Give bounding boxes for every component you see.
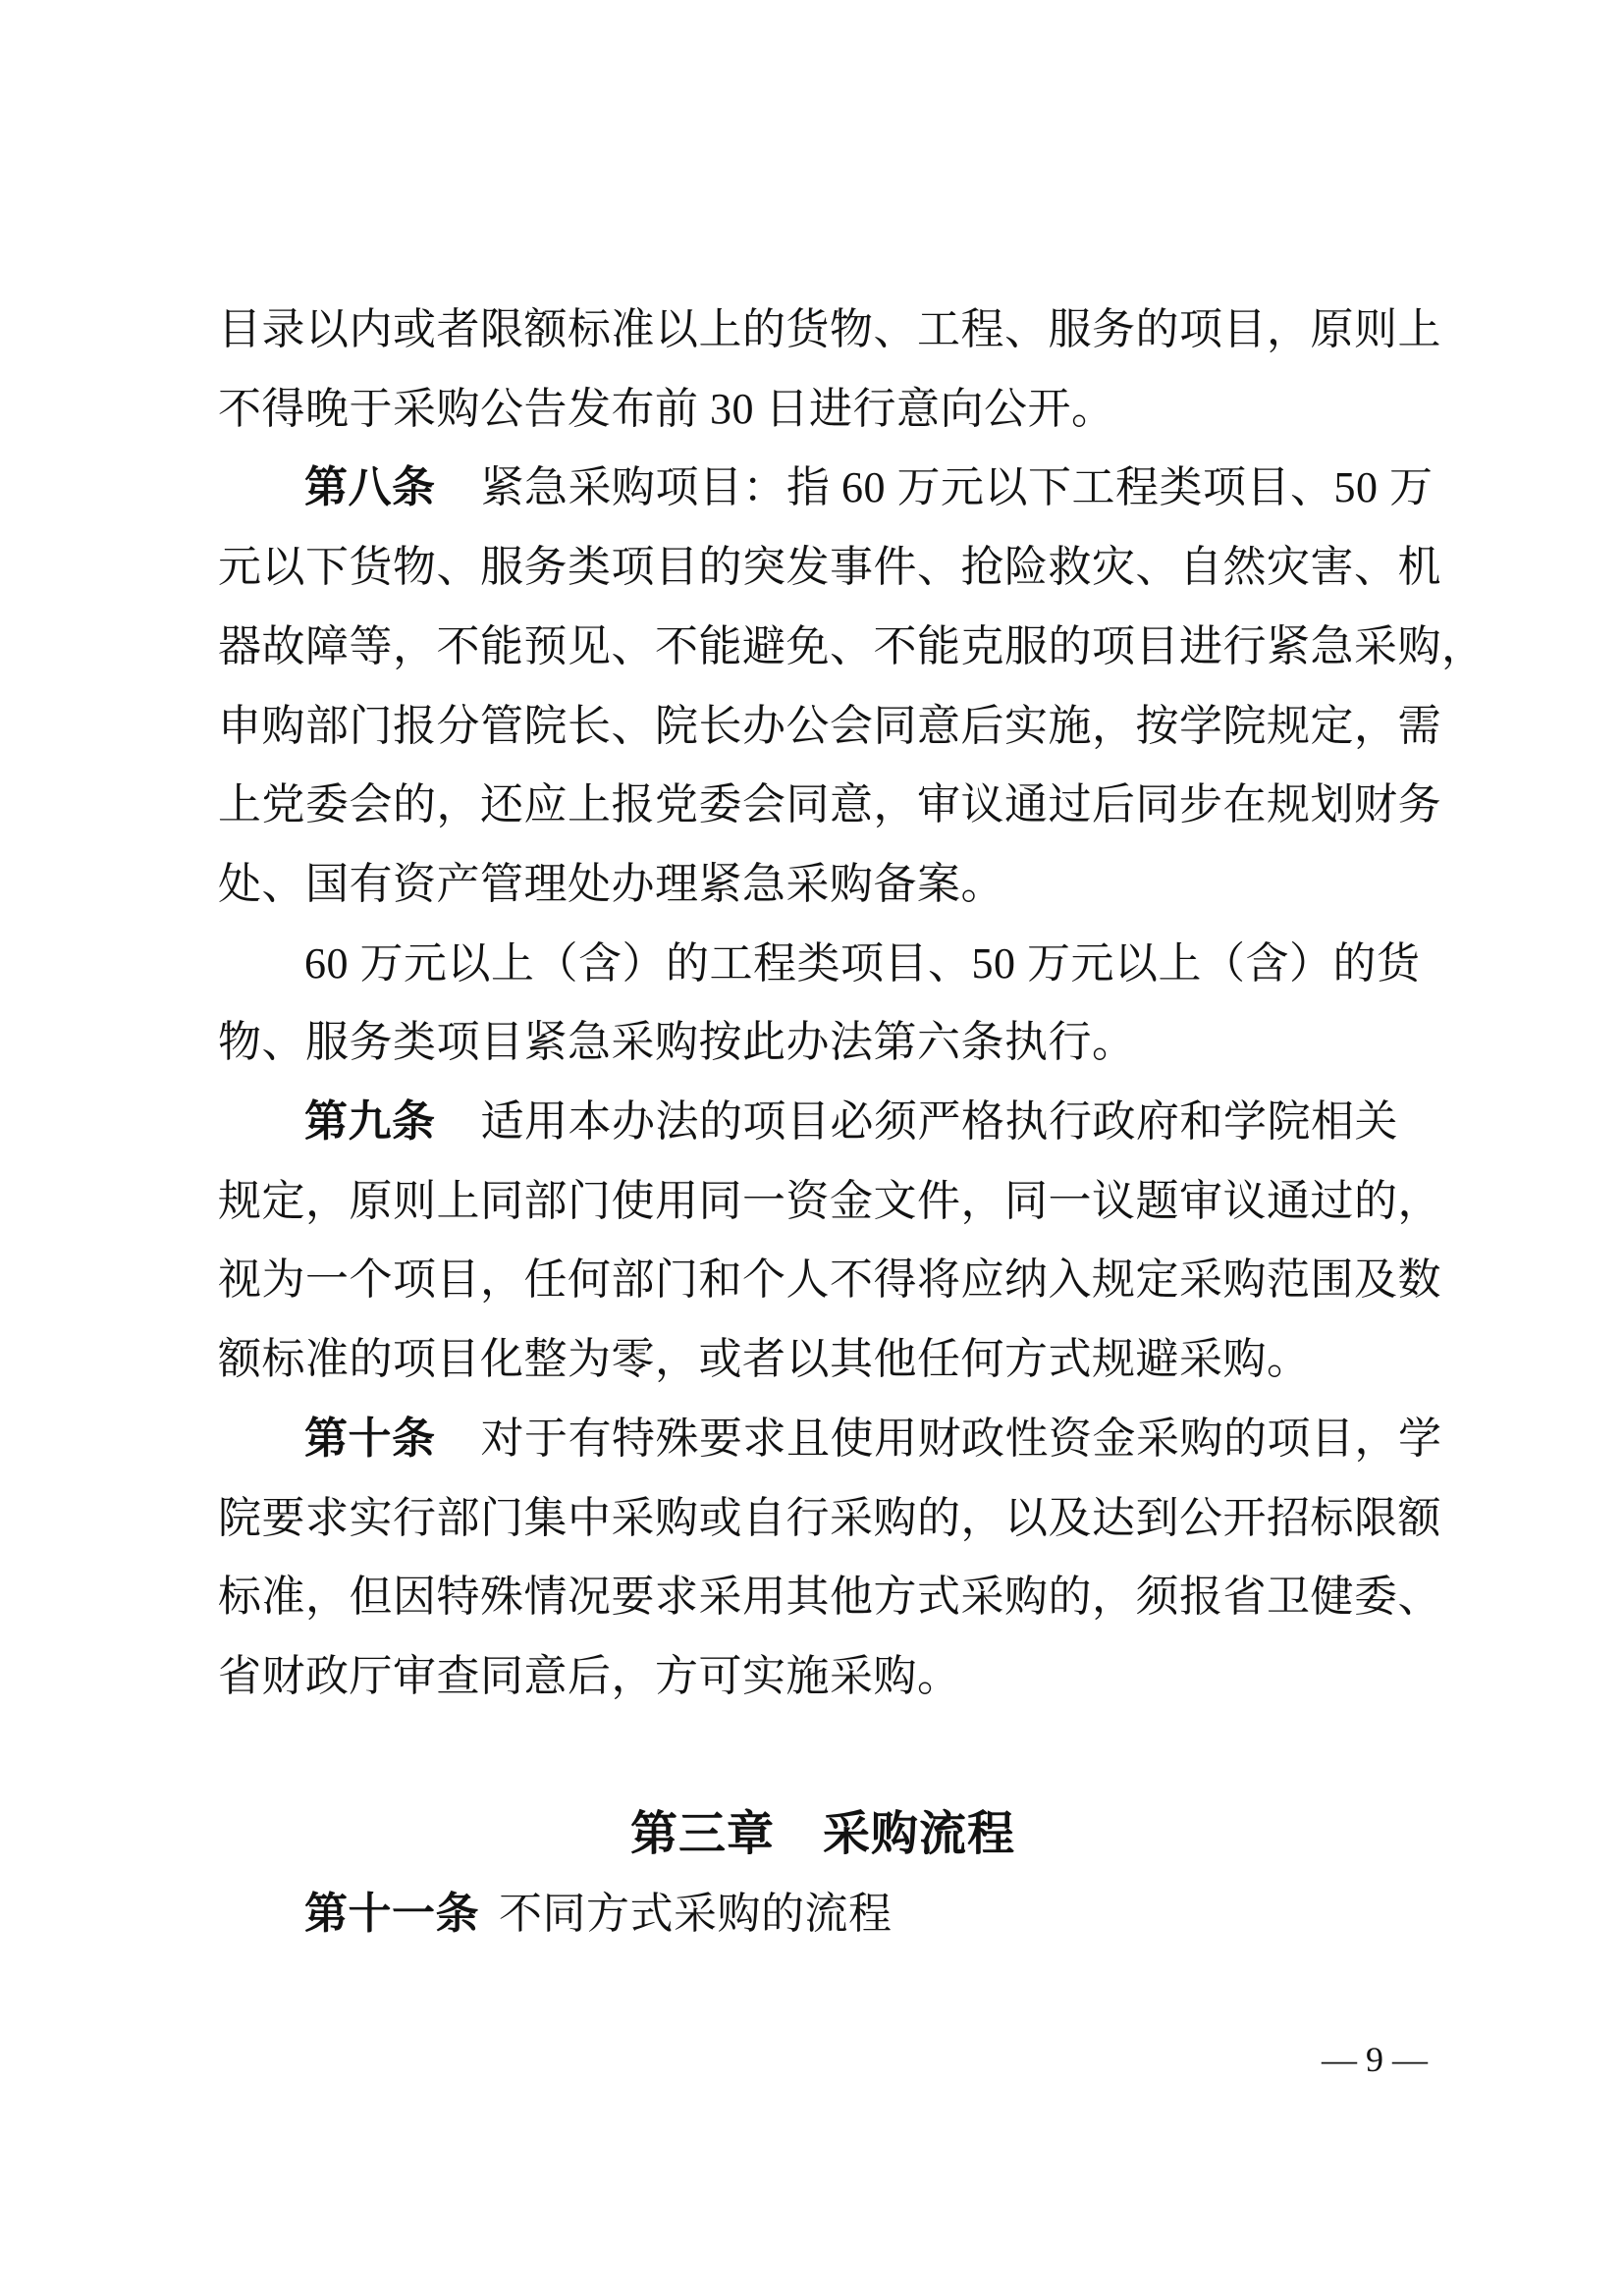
- chapter-heading: 第三章 采购流程: [218, 1794, 1428, 1874]
- article-11-first-line: 第十一条不同方式采购的流程: [218, 1874, 893, 1953]
- article-10-term: 第十条: [304, 1415, 436, 1463]
- body-line: 不得晚于采购公告发布前 30 日进行意向公开。: [218, 369, 1115, 449]
- article-9-text: 适用本办法的项目必须严格执行政府和学院相关: [481, 1097, 1399, 1146]
- body-line: 上党委会的，还应上报党委会同意，审议通过后同步在规划财务: [218, 765, 1441, 844]
- article-11-term: 第十一条: [304, 1890, 479, 1938]
- article-10-first-line: 第十条对于有特殊要求且使用财政性资金采购的项目，学: [218, 1399, 1442, 1478]
- body-line: 院要求实行部门集中采购或自行采购的，以及达到公开招标限额: [218, 1478, 1441, 1558]
- article-8-text: 紧急采购项目：指 60 万元以下工程类项目、50 万: [481, 463, 1434, 511]
- article-9-term: 第九条: [304, 1097, 436, 1146]
- article-9-first-line: 第九条适用本办法的项目必须严格执行政府和学院相关: [218, 1082, 1398, 1161]
- document-page: 目录以内或者限额标准以上的货物、工程、服务的项目，原则上 不得晚于采购公告发布前…: [0, 0, 1624, 2296]
- article-10-text: 对于有特殊要求且使用财政性资金采购的项目，学: [481, 1415, 1442, 1463]
- article-8-term: 第八条: [304, 463, 436, 511]
- body-line: 器故障等，不能预见、不能避免、不能克服的项目进行紧急采购，: [218, 607, 1486, 686]
- article-8-first-line: 第八条紧急采购项目：指 60 万元以下工程类项目、50 万: [218, 448, 1434, 527]
- body-line: 元以下货物、服务类项目的突发事件、抢险救灾、自然灾害、机: [218, 527, 1441, 607]
- body-line: 目录以内或者限额标准以上的货物、工程、服务的项目，原则上: [218, 290, 1441, 369]
- body-line: 视为一个项目，任何部门和个人不得将应纳入规定采购范围及数: [218, 1240, 1441, 1319]
- body-line: 60 万元以上（含）的工程类项目、50 万元以上（含）的货: [218, 924, 1421, 1003]
- body-line: 物、服务类项目紧急采购按此办法第六条执行。: [218, 1002, 1136, 1082]
- body-line: 申购部门报分管院长、院长办公会同意后实施，按学院规定，需: [218, 686, 1441, 766]
- body-line: 额标准的项目化整为零，或者以其他任何方式规避采购。: [218, 1319, 1311, 1399]
- article-11-text: 不同方式采购的流程: [499, 1890, 893, 1938]
- body-line: 省财政厅审查同意后，方可实施采购。: [218, 1636, 961, 1716]
- body-line: 标准，但因特殊情况要求采用其他方式采购的，须报省卫健委、: [218, 1557, 1441, 1636]
- page-number: — 9 —: [1322, 2035, 1428, 2084]
- body-line: 规定，原则上同部门使用同一资金文件，同一议题审议通过的，: [218, 1161, 1441, 1241]
- body-line: 处、国有资产管理处办理紧急采购备案。: [218, 844, 1004, 924]
